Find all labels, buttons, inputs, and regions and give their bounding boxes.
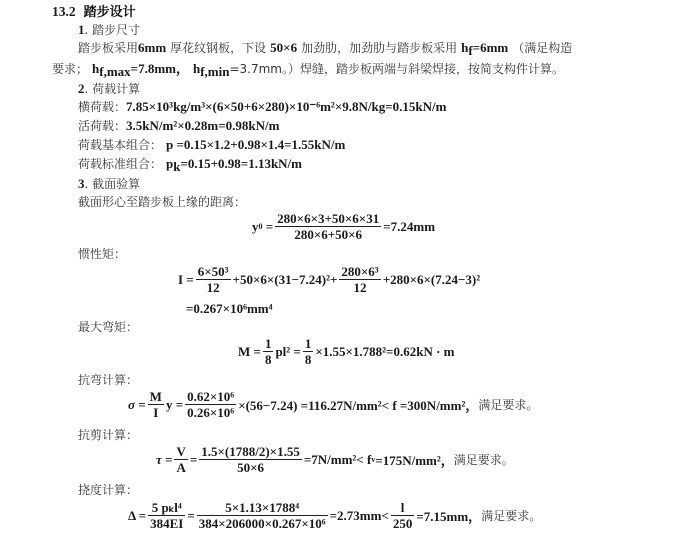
deflection-equation: Δ = 5 pₖl⁴ 384EI = 5×1.13×1788⁴ 384×2060… [128,500,541,531]
subsection-title: 踏步尺寸 [92,23,140,37]
value: 6mm [138,40,166,55]
numerator: 1 [263,336,274,352]
term: ×1.55×1.788²=0.62kN · m [315,344,454,360]
fraction: 1 8 [303,336,314,367]
term: ×(56−7.24) =116.27N/mm²< f =300N/mm²， [238,395,478,414]
fraction: V A [174,444,187,475]
subsection-1-heading: 1. 踏步尺寸 [78,22,140,38]
section-heading: 13.2 踏步设计 [52,4,136,21]
symbol: I = [178,272,194,288]
shear-equation: τ = V A = 1.5×(1788/2)×1.55 50×6 =7N/mm²… [156,444,514,475]
denominator: 0.26×10⁶ [185,405,236,420]
label: 最大弯矩： [78,320,138,334]
term: +50×6×(31−7.24)²+ [233,272,338,288]
conclusion: 满足要求。 [478,396,538,413]
term: y = [166,397,183,413]
label: 荷载基本组合： [78,138,162,152]
subsection-title: 截面验算 [92,177,140,191]
subscript: f,min [200,64,229,79]
value: =6mm [473,40,509,55]
denominator: 280×6+50×6 [275,227,381,242]
term: =175N/mm²， [375,450,453,469]
fraction: 5×1.13×1788⁴ 384×206000×0.267×10⁶ [197,500,328,531]
fraction: 0.62×10⁶ 0.26×10⁶ [185,389,236,420]
fraction: 6×50³ 12 [196,264,231,295]
dimensions-line-2: 要求； hf,max=7.8mm， hf,min=3.7mm。）焊缝，踏步板两端… [52,61,564,77]
centroid-equation: y0 = 280×6×3+50×6×31 280×6+50×6 =7.24mm [252,211,435,242]
subsection-title: 荷载计算 [92,82,140,96]
numerator: V [174,444,187,460]
denominator: I [148,405,164,420]
label: 挠度计算： [78,483,138,497]
moment-equation: M = 1 8 pl² = 1 8 ×1.55×1.788²=0.62kN · … [238,336,455,367]
denominator: A [174,460,187,475]
label: 荷载标准组合： [78,157,162,171]
result: =0.267×10⁶mm⁴ [186,301,273,317]
centroid-label: 截面形心至踏步板上缘的距离： [78,194,246,210]
numerator: 1 [303,336,314,352]
denominator: 12 [339,280,380,295]
equals: = [187,508,194,524]
denominator: 12 [196,280,231,295]
fraction: l 250 [391,500,415,531]
inertia-equation: I = 6×50³ 12 +50×6×(31−7.24)²+ 280×6³ 12… [178,264,480,295]
conclusion: 满足要求。 [454,451,514,468]
subscript: f,max [99,64,130,79]
symbol: y [252,219,259,235]
value: 50×6 [270,40,297,55]
text: 加劲肋，加劲肋与踏步板采用 [301,41,457,55]
label: 截面形心至踏步板上缘的距离： [78,195,246,209]
equals: = [190,452,197,468]
numerator: 5 pₖl⁴ [148,500,185,516]
deflection-label: 挠度计算： [78,482,138,498]
denominator: 8 [303,352,314,367]
bending-equation: σ = M I y = 0.62×10⁶ 0.26×10⁶ ×(56−7.24)… [128,389,538,420]
symbol: Δ = [128,508,146,524]
inertia-result: =0.267×10⁶mm⁴ [186,301,273,317]
expression: p =0.15×1.2+0.98×1.4=1.55kN/m [166,137,345,152]
term: pl² = [275,344,300,360]
numerator: 280×6³ [339,264,380,280]
standard-combo-line: 荷载标准组合： pk=0.15+0.98=1.13kN/m [78,156,302,172]
denominator: 50×6 [199,460,302,475]
denominator: 8 [263,352,274,367]
expression: 3.5kN/m²×0.28m=0.98kN/m [126,118,279,133]
shear-label: 抗剪计算： [78,427,138,443]
denominator: 250 [391,516,415,531]
bending-label: 抗弯计算： [78,372,138,388]
result: =7.24mm [383,219,435,235]
fraction: M I [148,389,164,420]
basic-combo-line: 荷载基本组合： p =0.15×1.2+0.98×1.4=1.55kN/m [78,137,345,153]
numerator: 0.62×10⁶ [185,389,236,405]
section-title: 踏步设计 [84,5,136,20]
denominator: 384×206000×0.267×10⁶ [197,516,328,531]
numerator: 6×50³ [196,264,231,280]
label: 活荷载： [78,119,126,133]
conclusion: 满足要求。 [481,507,541,524]
term: =7N/mm²< f [304,452,371,468]
moment-label: 最大弯矩： [78,319,138,335]
term: =7.15mm， [416,506,481,525]
live-load-line: 活荷载：3.5kN/m²×0.28m=0.98kN/m [78,118,279,134]
text: （满足构造 [512,41,572,55]
text: 踏步板采用 [78,41,138,55]
numerator: 280×6×3+50×6×31 [275,211,381,227]
text: =3.7mm。）焊缝，踏步板两端与斜梁焊接，按简支构件计算。 [229,62,564,76]
fraction: 280×6³ 12 [339,264,380,295]
numerator: l [391,500,415,516]
symbol: σ = [128,397,146,413]
numerator: 1.5×(1788/2)×1.55 [199,444,302,460]
subsection-3-heading: 3. 截面验算 [78,176,140,192]
dead-load-line: 横荷载：7.85×10³kg/m³×(6×50+6×280)×10⁻⁶m²×9.… [78,99,446,115]
text: 要求； [52,62,88,76]
numerator: 5×1.13×1788⁴ [197,500,328,516]
fraction: 280×6×3+50×6×31 280×6+50×6 [275,211,381,242]
dimensions-line-1: 踏步板采用6mm 厚花纹钢板，下设 50×6 加劲肋，加劲肋与踏步板采用 hf=… [78,40,572,56]
inertia-label: 惯性矩： [78,246,126,262]
value: =7.8mm， [131,61,189,76]
numerator: M [148,389,164,405]
fraction: 1 8 [263,336,274,367]
label: 抗弯计算： [78,373,138,387]
expression: =0.15+0.98=1.13kN/m [180,156,302,171]
label: 抗剪计算： [78,428,138,442]
label: 横荷载： [78,100,126,114]
term: =2.73mm< [330,508,389,524]
expression: 7.85×10³kg/m³×(6×50+6×280)×10⁻⁶m²×9.8N/k… [126,99,446,114]
symbol: τ = [156,452,172,468]
fraction: 1.5×(1788/2)×1.55 50×6 [199,444,302,475]
section-number: 13.2 [52,4,76,19]
term: +280×6×(7.24−3)² [383,272,480,288]
subsection-2-heading: 2. 荷载计算 [78,81,140,97]
label: 惯性矩： [78,247,126,261]
symbol: M = [238,344,261,360]
denominator: 384EI [148,516,185,531]
text: 厚花纹钢板，下设 [170,41,266,55]
fraction: 5 pₖl⁴ 384EI [148,500,185,531]
